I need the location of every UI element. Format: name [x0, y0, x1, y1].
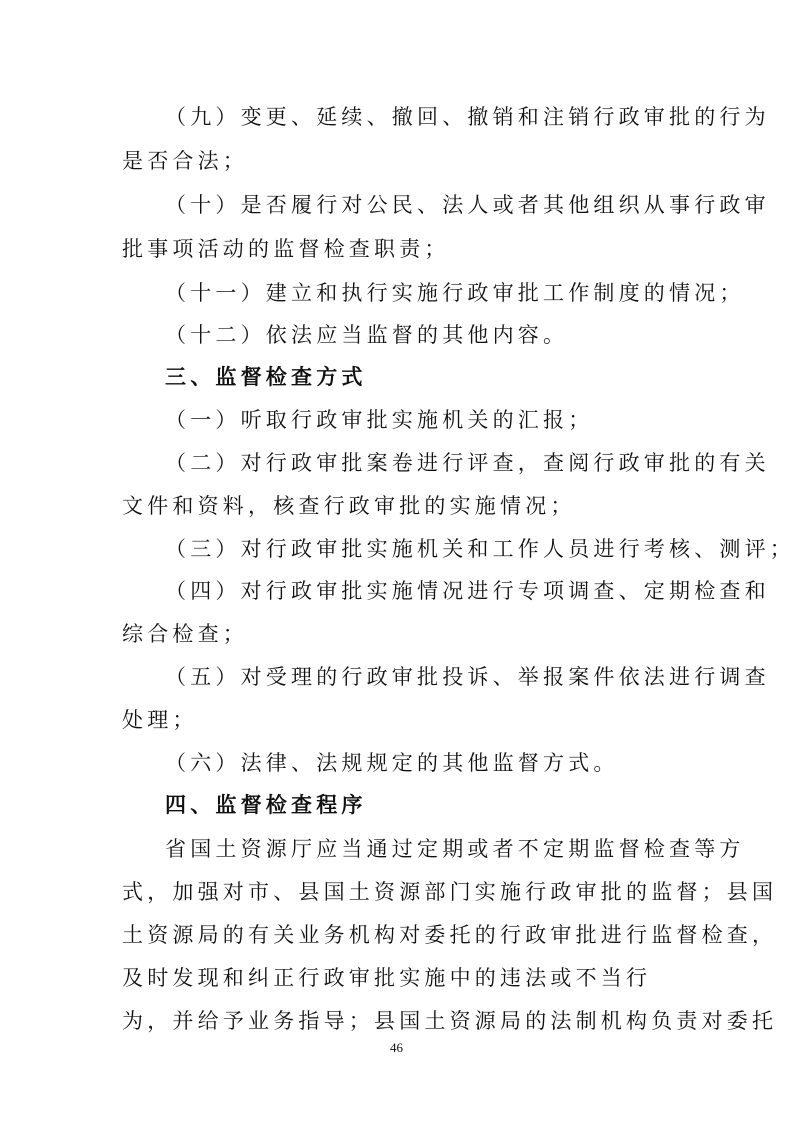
text-line: （十二）依法应当监督的其他内容。 — [165, 321, 568, 349]
text-line: 处理； — [122, 706, 198, 734]
text-line: 式，加强对市、县国土资源部门实施行政审批的监督；县国 — [122, 878, 777, 906]
text-line: （六）法律、法规规定的其他监督方式。 — [165, 749, 619, 777]
text-line: 省国土资源厅应当通过定期或者不定期监督检查等方 — [165, 835, 745, 863]
text-line: （三）对行政审批实施机关和工作人员进行考核、测评； — [165, 535, 793, 563]
text-line: （五）对受理的行政审批投诉、举报案件依法进行调查 — [165, 663, 770, 691]
text-line: 批事项活动的监督检查职责； — [122, 235, 450, 263]
text-line: （一）听取行政审批实施机关的汇报； — [165, 406, 593, 434]
text-line: 土资源局的有关业务机构对委托的行政审批进行监督检查， — [122, 921, 777, 949]
page-number: 46 — [0, 1040, 793, 1056]
section-heading: 三、监督检查方式 — [165, 363, 367, 391]
section-heading: 四、监督检查程序 — [165, 791, 367, 819]
text-line: 文件和资料，核查行政审批的实施情况； — [122, 492, 576, 520]
text-line: 是否合法； — [122, 147, 248, 175]
text-line: （二）对行政审批案卷进行评查，查阅行政审批的有关 — [165, 449, 770, 477]
text-line: （十）是否履行对公民、法人或者其他组织从事行政审 — [165, 191, 770, 219]
text-line: 为，并给予业务指导；县国土资源局的法制机构负责对委托 — [122, 1007, 777, 1035]
text-line: （十一）建立和执行实施行政审批工作制度的情况； — [165, 279, 745, 307]
text-line: 及时发现和纠正行政审批实施中的违法或不当行 — [122, 964, 651, 992]
text-line: （九）变更、延续、撤回、撤销和注销行政审批的行为 — [165, 103, 770, 131]
text-line: 综合检查； — [122, 620, 248, 648]
text-line: （四）对行政审批实施情况进行专项调查、定期检查和 — [165, 577, 770, 605]
